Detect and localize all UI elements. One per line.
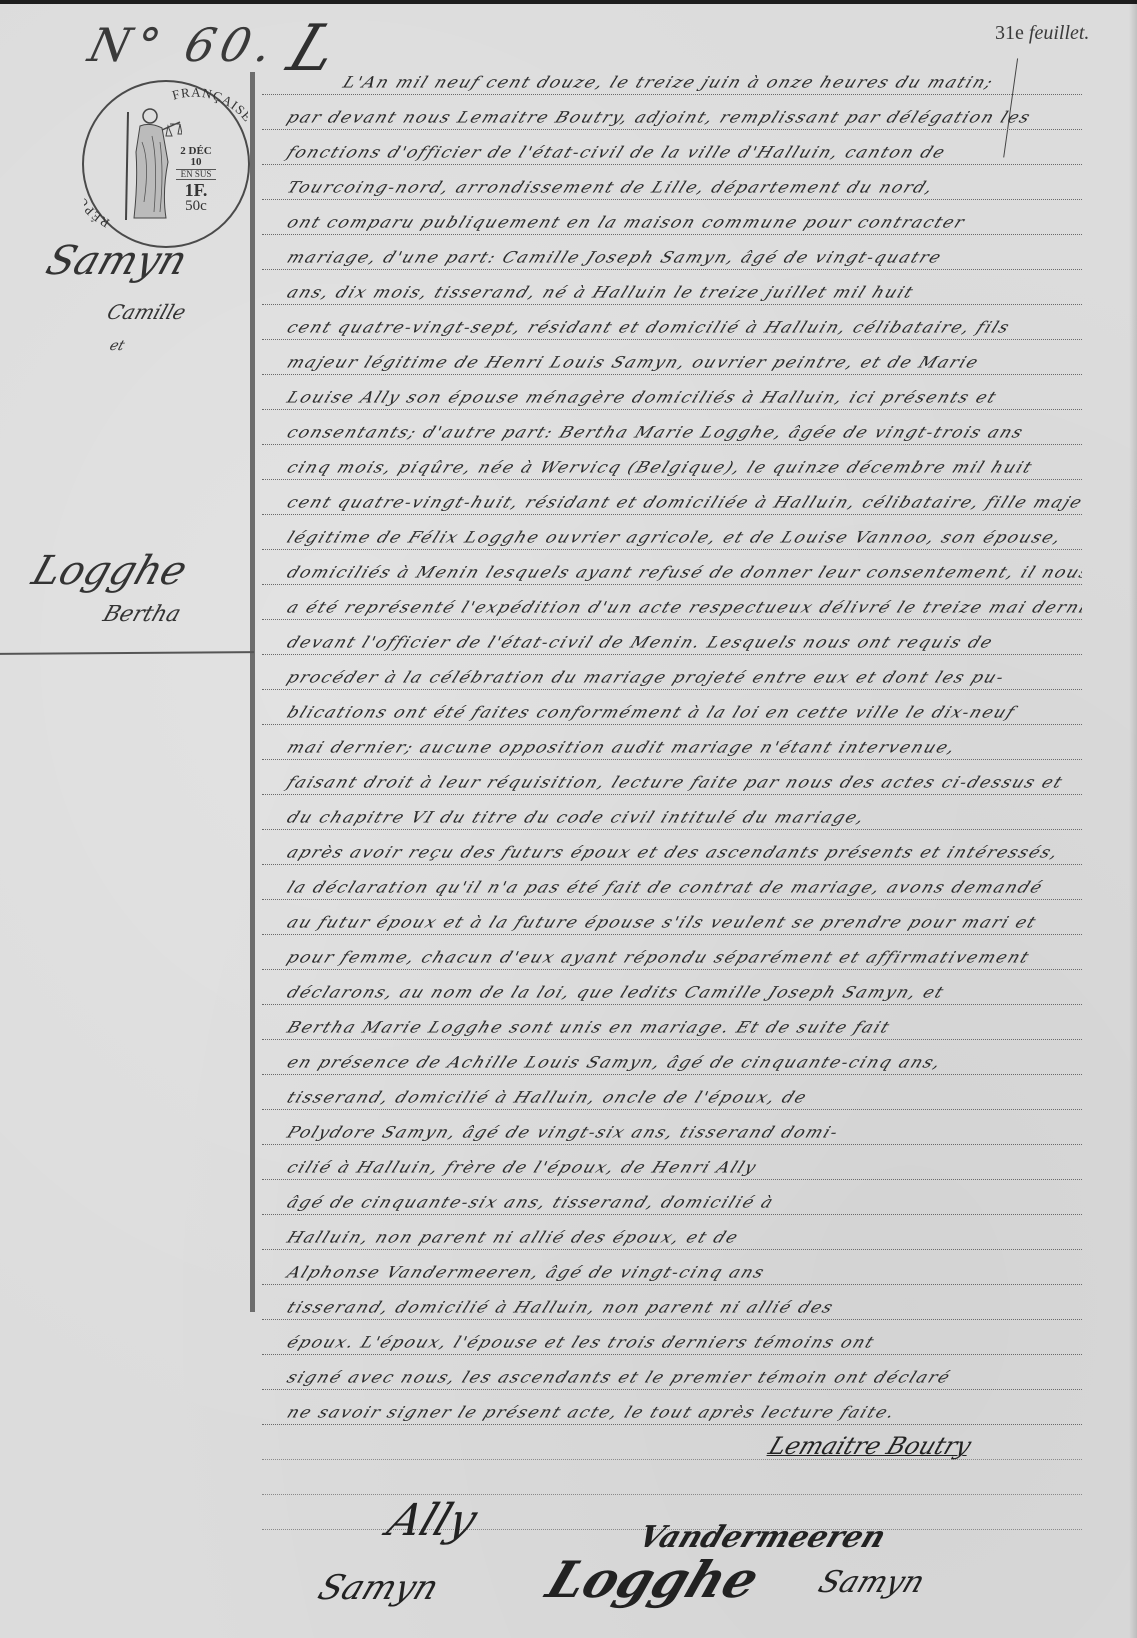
body-line-text: Bertha Marie Logghe sont unis en mariage… [284, 1019, 893, 1037]
body-line: âgé de cinquante-six ans, tisserand, dom… [262, 1178, 1082, 1215]
margin-horizontal-rule [0, 651, 254, 655]
signature-groom: Samyn [313, 1568, 444, 1608]
body-line: époux. L'époux, l'épouse et les trois de… [262, 1318, 1082, 1355]
body-line: ne savoir signer le présent acte, le tou… [262, 1388, 1082, 1425]
body-line-text: ont comparu publiquement en la maison co… [284, 214, 968, 232]
body-line-text: cent quatre-vingt-sept, résidant et domi… [284, 319, 1013, 337]
body-line: Tourcoing-nord, arrondissement de Lille,… [262, 163, 1082, 200]
folio-word: feuillet. [1029, 22, 1090, 44]
body-line-text: Louise Ally son épouse ménagère domicili… [284, 389, 1000, 407]
body-line: L'An mil neuf cent douze, le treize juin… [262, 58, 1082, 95]
body-line: faisant droit à leur réquisition, lectur… [262, 758, 1082, 795]
body-line: majeur légitime de Henri Louis Samyn, ou… [262, 338, 1082, 375]
marianne-justice-figure-icon [122, 102, 182, 222]
body-line: a été représenté l'expédition d'un acte … [262, 583, 1082, 620]
body-line-text: après avoir reçu des futurs époux et des… [284, 844, 1062, 862]
body-line-text: Halluin, non parent ni allié des époux, … [284, 1229, 742, 1247]
body-line-text: légitime de Félix Logghe ouvrier agricol… [284, 529, 1065, 547]
body-line-text: ans, dix mois, tisserand, né à Halluin l… [284, 284, 917, 302]
body-line-text: tisserand, domicilié à Halluin, oncle de… [284, 1089, 810, 1107]
body-line: en présence de Achille Louis Samyn, âgé … [262, 1038, 1082, 1075]
body-line-text: Alphonse Vandermeeren, âgé de vingt-cinq… [284, 1264, 768, 1282]
body-line: du chapitre VI du titre du code civil in… [262, 793, 1082, 830]
body-line: signé avec nous, les ascendants et le pr… [262, 1353, 1082, 1390]
folio-number: 31e [995, 22, 1024, 44]
body-line: blications ont été faites conformément à… [262, 688, 1082, 725]
body-line: Polydore Samyn, âgé de vingt-six ans, ti… [262, 1108, 1082, 1145]
body-line: pour femme, chacun d'eux ayant répondu s… [262, 933, 1082, 970]
stamp-surcharge: 2 DÉC 10 [176, 146, 216, 168]
body-line: par devant nous Lemaitre Boutry, adjoint… [262, 93, 1082, 130]
margin-et: et [107, 338, 126, 354]
body-line-text: domiciliés à Menin lesquels ayant refusé… [284, 564, 1082, 582]
body-line-text: cent quatre-vingt-huit, résidant et domi… [284, 494, 1082, 512]
body-line-text: pour femme, chacun d'eux ayant répondu s… [284, 949, 1033, 967]
body-line: ans, dix mois, tisserand, né à Halluin l… [262, 268, 1082, 305]
body-line-text: déclarons, au nom de la loi, que ledits … [284, 984, 947, 1002]
body-line-text: époux. L'époux, l'épouse et les trois de… [284, 1334, 878, 1352]
body-line-text: fonctions d'officier de l'état-civil de … [284, 144, 949, 162]
signature-bride: Logghe [539, 1550, 767, 1609]
body-line: Halluin, non parent ni allié des époux, … [262, 1213, 1082, 1250]
body-line-text: signé avec nous, les ascendants et le pr… [284, 1369, 954, 1387]
body-line-text: majeur légitime de Henri Louis Samyn, ou… [284, 354, 982, 372]
blank-ruled-line [262, 1458, 1082, 1495]
body-line: cent quatre-vingt-huit, résidant et domi… [262, 478, 1082, 515]
body-line: légitime de Félix Logghe ouvrier agricol… [262, 513, 1082, 550]
body-line: fonctions d'officier de l'état-civil de … [262, 128, 1082, 165]
body-line-text: L'An mil neuf cent douze, le treize juin… [340, 74, 997, 92]
body-line-text: par devant nous Lemaitre Boutry, adjoint… [284, 109, 1034, 127]
body-line-text: Tourcoing-nord, arrondissement de Lille,… [284, 179, 937, 197]
body-line-text: tisserand, domicilié à Halluin, non pare… [284, 1299, 837, 1317]
body-line: Bertha Marie Logghe sont unis en mariage… [262, 1003, 1082, 1040]
svg-text:FRANÇAISE: FRANÇAISE [171, 84, 248, 124]
body-line: cilié à Halluin, frère de l'époux, de He… [262, 1143, 1082, 1180]
body-line-text: blications ont été faites conformément à… [284, 704, 1018, 722]
act-number: N° 60. [83, 18, 283, 72]
margin-groom-given: Camille [104, 300, 189, 324]
body-line: déclarons, au nom de la loi, que ledits … [262, 968, 1082, 1005]
body-line: tisserand, domicilié à Halluin, oncle de… [262, 1073, 1082, 1110]
page-binding-shadow [1129, 0, 1137, 1638]
body-line-text: faisant droit à leur réquisition, lectur… [284, 774, 1066, 792]
body-line-text: devant l'officier de l'état-civil de Men… [284, 634, 996, 652]
body-line: au futur époux et à la future épouse s'i… [262, 898, 1082, 935]
body-line-text: mai dernier; aucune opposition audit mar… [284, 739, 959, 757]
signature-officer: Lemaitre Boutry [765, 1432, 975, 1460]
body-line: après avoir reçu des futurs époux et des… [262, 828, 1082, 865]
body-line-text: Polydore Samyn, âgé de vingt-six ans, ti… [284, 1124, 842, 1142]
signature-witness-ally: Ally [381, 1495, 484, 1546]
stamp-value-cents: 50c [176, 199, 216, 214]
body-line-text: au futur époux et à la future épouse s'i… [284, 914, 1040, 932]
stamp-value-box: 2 DÉC 10 EN SUS 1F. 50c [176, 146, 216, 214]
scan-top-edge [0, 0, 1137, 4]
body-line-text: ne savoir signer le présent acte, le tou… [284, 1404, 899, 1422]
margin-groom-surname: Samyn [41, 238, 193, 284]
body-line: mariage, d'une part: Camille Joseph Samy… [262, 233, 1082, 270]
body-line: cent quatre-vingt-sept, résidant et domi… [262, 303, 1082, 340]
body-line: procéder à la célébration du mariage pro… [262, 653, 1082, 690]
body-line: domiciliés à Menin lesquels ayant refusé… [262, 548, 1082, 585]
body-line-text: procéder à la célébration du mariage pro… [284, 669, 1008, 687]
body-line-text: cinq mois, piqûre, née à Wervicq (Belgiq… [284, 459, 1036, 477]
margin-bride-given: Bertha [100, 602, 184, 627]
fiscal-stamp: RÉPUBLIQUE FRANÇAISE 2 DÉC 10 EN SUS 1F.… [82, 80, 250, 248]
signature-witness-samyn: Samyn [814, 1565, 930, 1600]
body-line-text: la déclaration qu'il n'a pas été fait de… [284, 879, 1046, 897]
body-line-text: consentants; d'autre part: Bertha Marie … [284, 424, 1027, 442]
svg-text:RÉPUBLIQUE: RÉPUBLIQUE [84, 141, 112, 231]
body-line-text: en présence de Achille Louis Samyn, âgé … [284, 1054, 945, 1072]
margin-bride-surname: Logghe [27, 548, 193, 594]
document-page: N° 60. 31e feuillet. RÉPUBLIQUE FRANÇAIS… [0, 0, 1137, 1638]
body-line: Alphonse Vandermeeren, âgé de vingt-cinq… [262, 1248, 1082, 1285]
stamp-value-franc: 1F. [176, 181, 216, 199]
margin-vertical-rule [250, 72, 255, 1312]
body-line-text: mariage, d'une part: Camille Joseph Samy… [284, 249, 945, 267]
stamp-surcharge-note: EN SUS [176, 169, 216, 180]
body-line: Louise Ally son épouse ménagère domicili… [262, 373, 1082, 410]
folio-label: 31e feuillet. [995, 22, 1089, 45]
body-line-text: a été représenté l'expédition d'un acte … [284, 599, 1082, 617]
body-line-text: cilié à Halluin, frère de l'époux, de He… [284, 1159, 760, 1177]
body-line: tisserand, domicilié à Halluin, non pare… [262, 1283, 1082, 1320]
body-line: devant l'officier de l'état-civil de Men… [262, 618, 1082, 655]
body-line: mai dernier; aucune opposition audit mar… [262, 723, 1082, 760]
body-line: ont comparu publiquement en la maison co… [262, 198, 1082, 235]
body-line: consentants; d'autre part: Bertha Marie … [262, 408, 1082, 445]
body-line-text: âgé de cinquante-six ans, tisserand, dom… [284, 1194, 777, 1212]
body-line: cinq mois, piqûre, née à Wervicq (Belgiq… [262, 443, 1082, 480]
body-line-text: du chapitre VI du titre du code civil in… [284, 809, 868, 827]
body-line: la déclaration qu'il n'a pas été fait de… [262, 863, 1082, 900]
